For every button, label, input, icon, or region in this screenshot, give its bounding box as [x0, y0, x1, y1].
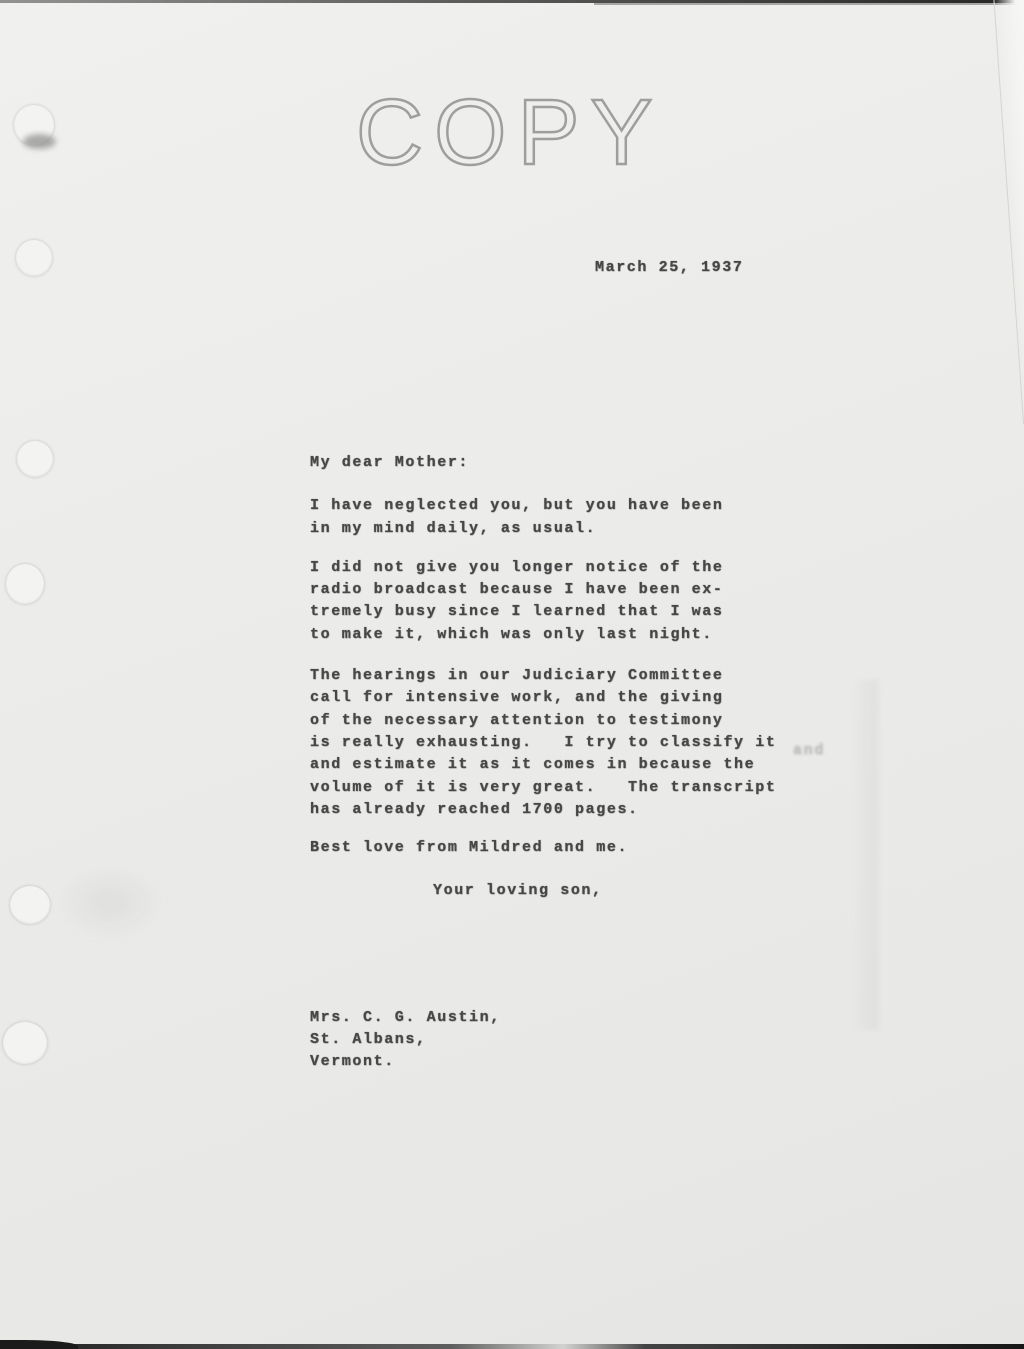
letter-line: Best love from Mildred and me. [310, 837, 870, 859]
paragraph: I have neglected you, but you have been … [310, 495, 870, 540]
punch-hole [3, 1022, 47, 1064]
letter-line: in my mind daily, as usual. [310, 518, 870, 540]
recipient-line: Mrs. C. G. Austin, [310, 1007, 870, 1029]
letter-line: tremely busy since I learned that I was [310, 601, 870, 623]
punch-hole [10, 886, 50, 924]
letter-line: of the necessary attention to testimony [310, 710, 870, 732]
letter-line: The hearings in our Judiciary Committee [310, 665, 870, 687]
signoff: Your loving son, [310, 880, 870, 902]
recipient-address: Mrs. C. G. Austin, St. Albans, Vermont. [310, 1007, 870, 1074]
letter-line: is really exhausting. I try to classify … [310, 732, 870, 754]
paper-stain [55, 865, 165, 940]
scan-edge-top-right [594, 3, 1024, 5]
paragraph: I did not give you longer notice of the … [310, 557, 870, 646]
letter-line: and estimate it as it comes in because t… [310, 754, 870, 776]
letter-line: has already reached 1700 pages. [310, 799, 870, 821]
letter-line: I have neglected you, but you have been [310, 495, 870, 517]
paragraph: Best love from Mildred and me. [310, 837, 870, 859]
letter-line: I did not give you longer notice of the [310, 557, 870, 579]
punch-hole [16, 240, 52, 276]
scan-corner-bottom-left [0, 1340, 78, 1349]
paragraph: The hearings in our Judiciary Committee … [310, 665, 870, 821]
copy-stamp: COPY [356, 86, 664, 179]
paper-edge-right [993, 0, 1024, 424]
salutation: My dear Mother: [310, 452, 870, 474]
letter-line: call for intensive work, and the giving [310, 687, 870, 709]
date-line: March 25, 1937 [595, 257, 743, 279]
recipient-line: Vermont. [310, 1051, 870, 1073]
scanned-letter-page: COPY March 25, 1937 My dear Mother: I ha… [0, 0, 1024, 1349]
letter-body: My dear Mother: I have neglected you, bu… [310, 452, 870, 1074]
punch-hole-shadow [23, 134, 56, 149]
letter-line: radio broadcast because I have been ex- [310, 579, 870, 601]
punch-hole [17, 441, 53, 477]
letter-line: My dear Mother: [310, 452, 870, 474]
letter-line: volume of it is very great. The transcri… [310, 777, 870, 799]
punch-hole [6, 564, 44, 604]
letter-line: to make it, which was only last night. [310, 624, 870, 646]
scan-edge-bottom [0, 1344, 1024, 1349]
letter-line: Your loving son, [433, 880, 870, 902]
recipient-line: St. Albans, [310, 1029, 870, 1051]
ghost-text: and [793, 740, 825, 762]
